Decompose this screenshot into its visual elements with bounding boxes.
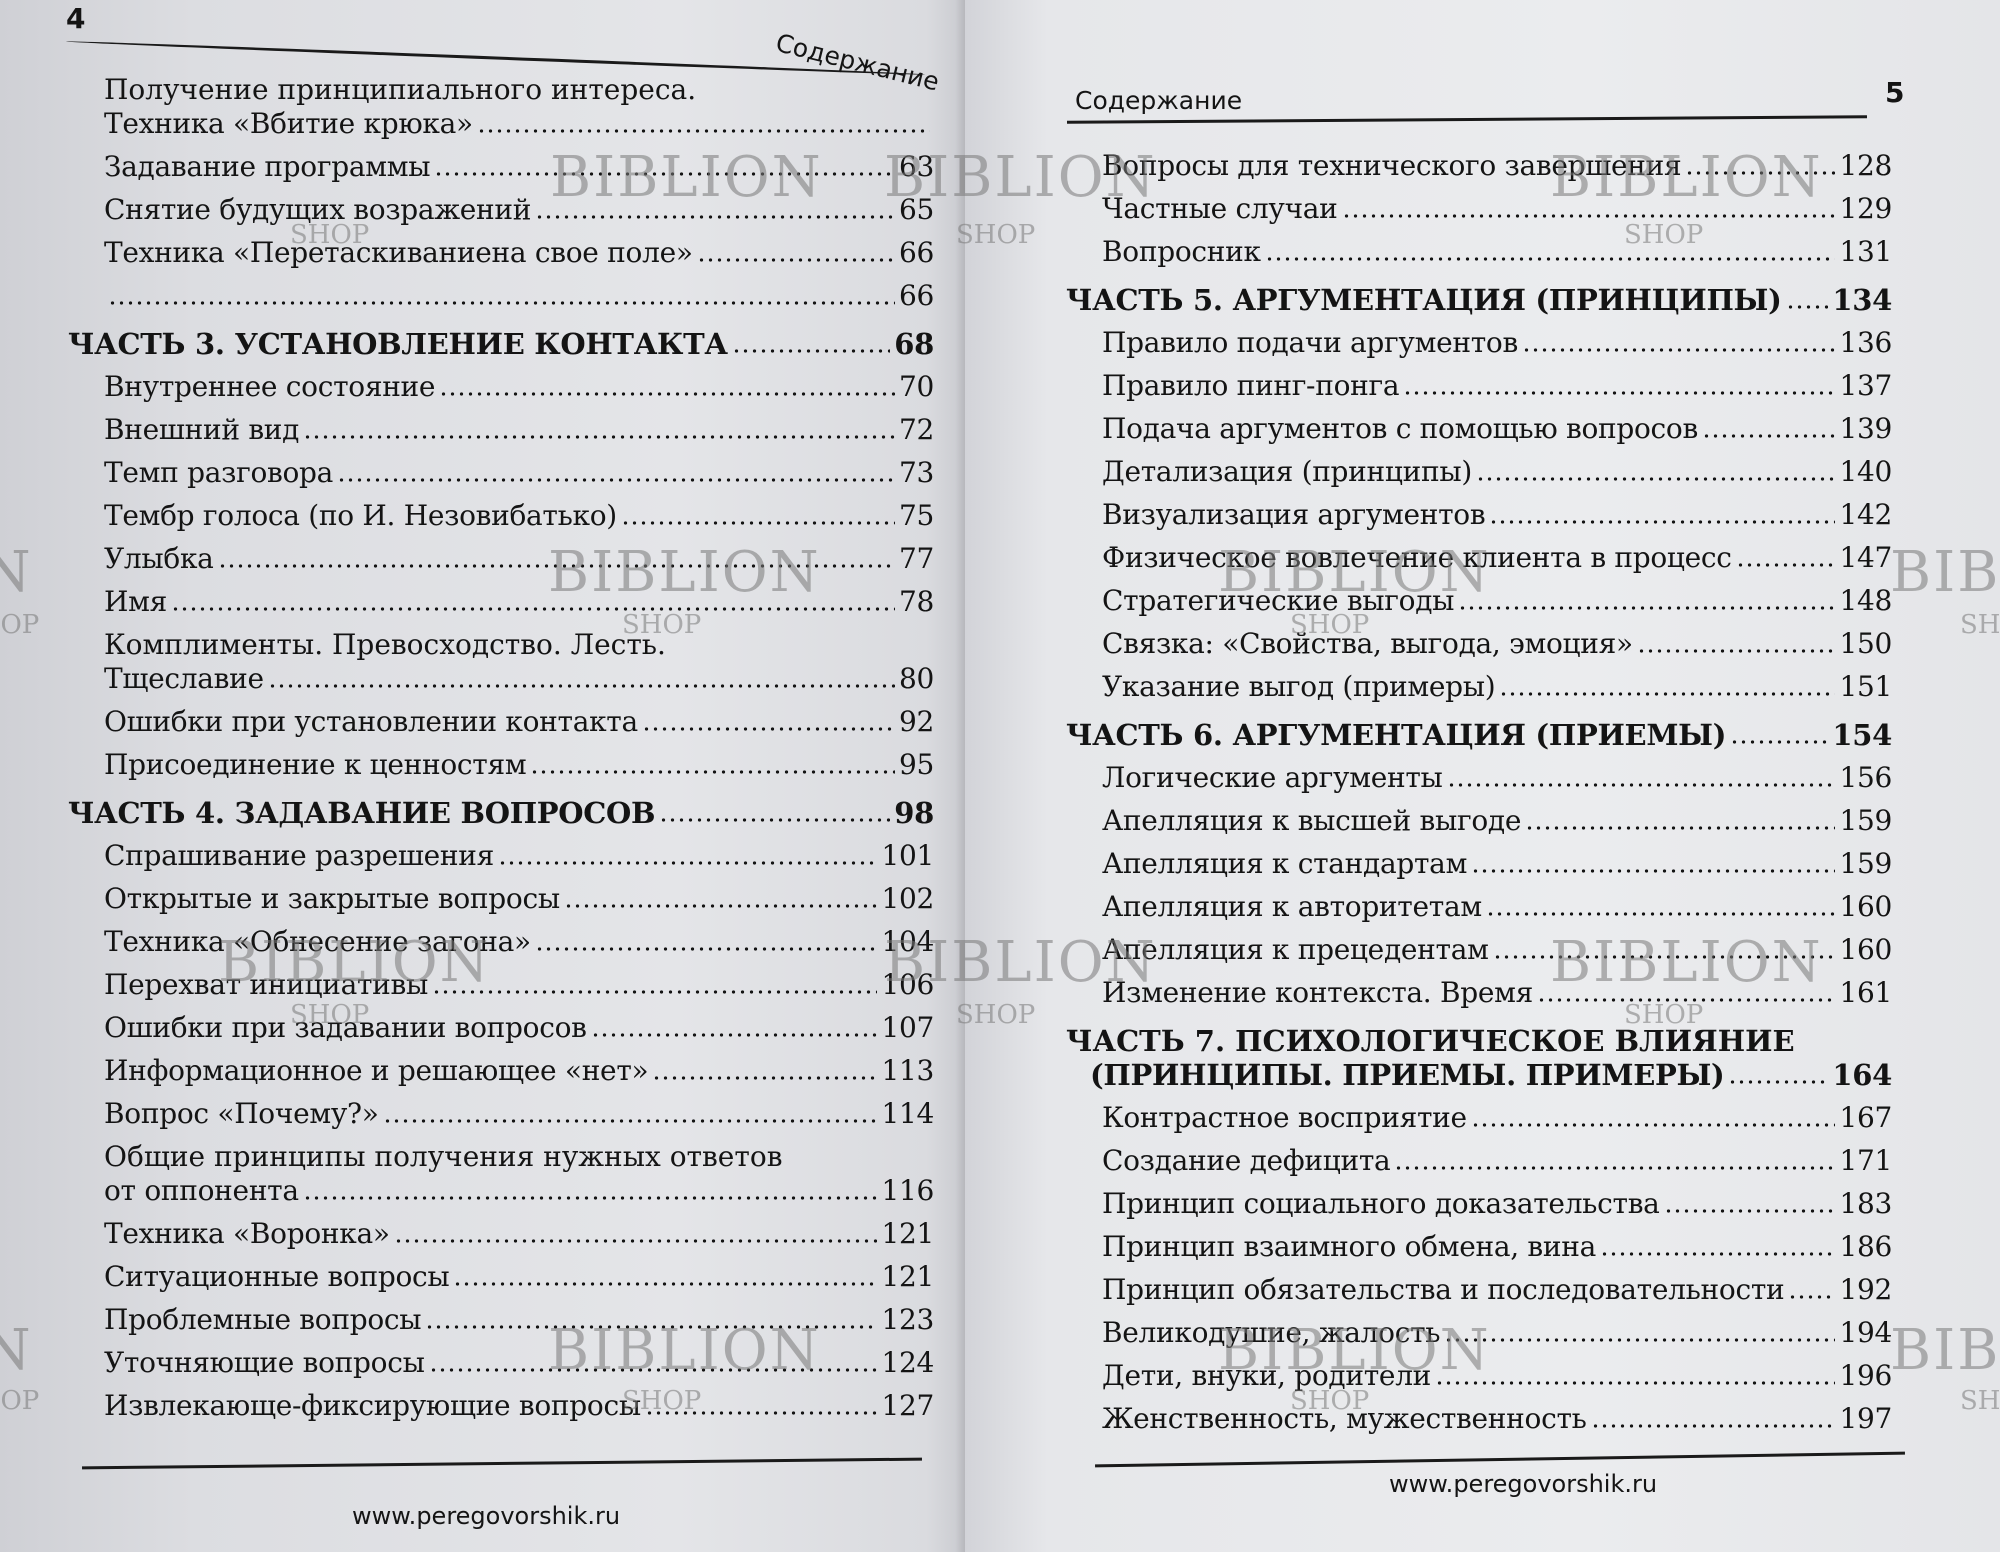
toc-entry: Указание выгод (примеры)151 <box>1102 670 1892 704</box>
toc-part-heading: ЧАСТЬ 5. АРГУМЕНТАЦИЯ (ПРИНЦИПЫ)134 <box>1102 283 1892 317</box>
dot-leader <box>1476 477 1836 481</box>
toc-entry-title: Логические аргументы <box>1102 761 1443 795</box>
toc-entry-title: Апелляция к стандартам <box>1102 847 1467 881</box>
toc-entry: Великодушие, жалость194 <box>1102 1316 1892 1350</box>
dot-leader <box>535 215 895 219</box>
toc-entry-title: (ПРИНЦИПЫ. ПРИЕМЫ. ПРИМЕРЫ) <box>1090 1058 1724 1092</box>
toc-entry: Уточняющие вопросы124 <box>104 1346 934 1380</box>
dot-leader <box>498 861 877 865</box>
toc-entry-page: 102 <box>881 882 934 916</box>
toc-entry-page: 196 <box>1839 1359 1892 1393</box>
dot-leader <box>1591 1424 1836 1428</box>
toc-entry: Физическое вовлечение клиента в процесс1… <box>1102 541 1892 575</box>
toc-entry-page: 98 <box>894 796 934 830</box>
toc-entry-title: Апелляция к авторитетам <box>1102 890 1482 924</box>
toc-entry: Извлекающе-фиксирующие вопросы127 <box>104 1389 934 1423</box>
dot-leader <box>1486 912 1836 916</box>
footer-url: www.peregovorshik.ru <box>1389 1470 1657 1498</box>
dot-leader <box>1702 434 1835 438</box>
page-number: 5 <box>1885 76 1904 109</box>
toc-entry-page: 106 <box>881 968 934 1002</box>
toc-entry-page: 147 <box>1839 541 1892 575</box>
dot-leader <box>1685 171 1835 175</box>
toc-entry-title: Ситуационные вопросы <box>104 1260 449 1294</box>
toc-entry-title: ЧАСТЬ 4. ЗАДАВАНИЕ ВОПРОСОВ <box>68 796 655 830</box>
toc-entry-title: Апелляция к высшей выгоде <box>1102 804 1521 838</box>
toc-list: Вопросы для технического завершения128Ча… <box>1102 140 1892 1436</box>
toc-entry-title: Проблемные вопросы <box>104 1303 421 1337</box>
toc-entry: Апелляция к высшей выгоде159 <box>1102 804 1892 838</box>
toc-entry-page: 140 <box>1839 455 1892 489</box>
toc-entry-page: 80 <box>899 662 934 696</box>
dot-leader <box>453 1282 877 1286</box>
toc-entry: Спрашивание разрешения101 <box>104 839 934 873</box>
toc-entry-page: 192 <box>1839 1273 1892 1307</box>
toc-entry-title-line: Получение принципиального интереса. <box>104 73 934 107</box>
dot-leader <box>1435 1381 1835 1385</box>
toc-entry-page: 123 <box>881 1303 934 1337</box>
toc-entry: Логические аргументы156 <box>1102 761 1892 795</box>
dot-leader <box>530 770 895 774</box>
toc-entry: Общие принципы получения нужных ответово… <box>104 1140 934 1208</box>
toc-entry: Тембр голоса (по И. Незовибатько)75 <box>104 499 934 533</box>
toc-entry: Темп разговора73 <box>104 456 934 490</box>
toc-entry-title: Вопросник <box>1102 235 1261 269</box>
dot-leader <box>429 1368 878 1372</box>
toc-entry: Внутреннее состояние70 <box>104 370 934 404</box>
toc-entry-page: 72 <box>899 413 934 447</box>
toc-entry-page: 197 <box>1839 1402 1892 1436</box>
dot-leader <box>659 818 890 822</box>
toc-entry-page: 159 <box>1839 847 1892 881</box>
toc-entry-page: 151 <box>1839 670 1892 704</box>
toc-entry-title: Создание дефицита <box>1102 1144 1390 1178</box>
toc-entry-page: 65 <box>899 193 934 227</box>
toc-entry: Вопросы для технического завершения128 <box>1102 149 1892 183</box>
toc-entry: Апелляция к прецедентам160 <box>1102 933 1892 967</box>
toc-entry-title: Техника «Перетаскиваниена свое поле» <box>104 236 693 270</box>
dot-leader <box>1522 348 1836 352</box>
dot-leader <box>1664 1209 1836 1213</box>
toc-entry-page: 128 <box>1839 149 1892 183</box>
toc-entry-page: 131 <box>1839 235 1892 269</box>
dot-leader <box>1265 257 1836 261</box>
toc-entry-title: Визуализация аргументов <box>1102 498 1485 532</box>
right-page: Содержание 5 Вопросы для технического за… <box>965 0 2000 1552</box>
toc-entry: Дети, внуки, родители196 <box>1102 1359 1892 1393</box>
toc-entry: Техника «Воронка»121 <box>104 1217 934 1251</box>
dot-leader <box>303 1196 878 1200</box>
dot-leader <box>1444 1338 1835 1342</box>
toc-entry: Техника «Перетаскиваниена свое поле»66 <box>104 236 934 270</box>
toc-entry-page: 148 <box>1839 584 1892 618</box>
toc-entry: Открытые и закрытые вопросы102 <box>104 882 934 916</box>
toc-entry: Получение принципиального интереса.Техни… <box>104 73 934 141</box>
toc-entry-page: 104 <box>881 925 934 959</box>
dot-leader <box>1788 1295 1835 1299</box>
toc-entry-title: Частные случаи <box>1102 192 1338 226</box>
toc-entry-page: 194 <box>1839 1316 1892 1350</box>
toc-entry-title-line: Комплименты. Превосходство. Лесть. <box>104 628 934 662</box>
toc-entry: Ошибки при задавании вопросов107 <box>104 1011 934 1045</box>
toc-entry-title: Задавание программы <box>104 150 430 184</box>
footer-rule <box>1095 1452 1905 1468</box>
toc-entry-page: 164 <box>1832 1058 1892 1092</box>
toc-entry-title: Связка: «Свойства, выгода, эмоция» <box>1102 627 1633 661</box>
toc-entry: Ошибки при установлении контакта92 <box>104 705 934 739</box>
toc-entry-page: 142 <box>1839 498 1892 532</box>
toc-entry-title: Правило пинг-понга <box>1102 369 1399 403</box>
toc-entry-title: Внутреннее состояние <box>104 370 435 404</box>
dot-leader <box>1637 649 1836 653</box>
toc-list: Получение принципиального интереса.Техни… <box>104 64 934 1423</box>
toc-part-heading: ЧАСТЬ 6. АРГУМЕНТАЦИЯ (ПРИЕМЫ)154 <box>1102 718 1892 752</box>
toc-entry-page: 159 <box>1839 804 1892 838</box>
toc-entry-page: 92 <box>899 705 934 739</box>
dot-leader <box>1471 869 1835 873</box>
toc-entry-page: 66 <box>899 279 934 313</box>
toc-entry-title: Темп разговора <box>104 456 333 490</box>
toc-entry-page: 139 <box>1839 412 1892 446</box>
toc-entry-title: Снятие будущих возражений <box>104 193 531 227</box>
toc-entry-page: 70 <box>899 370 934 404</box>
dot-leader <box>1458 606 1835 610</box>
toc-entry-title: Принцип обязательства и последовательнос… <box>1102 1273 1784 1307</box>
toc-entry-title: Дети, внуки, родители <box>1102 1359 1431 1393</box>
toc-entry-title: Улыбка <box>104 542 214 576</box>
toc-entry: Связка: «Свойства, выгода, эмоция»150 <box>1102 627 1892 661</box>
dot-leader <box>591 1033 878 1037</box>
toc-entry: Улыбка77 <box>104 542 934 576</box>
toc-entry-page: 66 <box>899 236 934 270</box>
toc-entry: Снятие будущих возражений65 <box>104 193 934 227</box>
toc-entry-title: Имя <box>104 585 167 619</box>
footer-rule <box>82 1458 922 1470</box>
toc-entry: Присоединение к ценностям95 <box>104 748 934 782</box>
toc-entry: Проблемные вопросы123 <box>104 1303 934 1337</box>
dot-leader <box>1525 826 1835 830</box>
toc-entry-page: 114 <box>881 1097 934 1131</box>
dot-leader <box>1403 391 1835 395</box>
toc-entry-page: 150 <box>1839 627 1892 661</box>
dot-leader <box>1342 214 1836 218</box>
dot-leader <box>564 904 878 908</box>
toc-entry-title: Женственность, мужественность <box>1102 1402 1587 1436</box>
dot-leader <box>697 258 895 262</box>
dot-leader <box>535 947 878 951</box>
toc-entry-page: 136 <box>1839 326 1892 360</box>
toc-entry-page: 73 <box>899 456 934 490</box>
toc-entry: Комплименты. Превосходство. Лесть.Тщесла… <box>104 628 934 696</box>
dot-leader <box>1786 305 1829 309</box>
dot-leader <box>1537 998 1835 1002</box>
toc-part-heading: ЧАСТЬ 3. УСТАНОВЛЕНИЕ КОНТАКТА68 <box>104 327 934 361</box>
toc-entry-page: 78 <box>899 585 934 619</box>
dot-leader <box>337 478 895 482</box>
toc-entry: Изменение контекста. Время161 <box>1102 976 1892 1010</box>
toc-entry-page: 154 <box>1832 718 1892 752</box>
toc-entry-title: ЧАСТЬ 5. АРГУМЕНТАЦИЯ (ПРИНЦИПЫ) <box>1066 283 1782 317</box>
left-page: 4 Содержание Получение принципиального и… <box>0 0 965 1552</box>
toc-entry: Задавание программы63 <box>104 150 934 184</box>
toc-entry-title: Вопросы для технического завершения <box>1102 149 1681 183</box>
dot-leader <box>108 301 895 305</box>
toc-entry-page: 183 <box>1839 1187 1892 1221</box>
toc-entry-title: Детализация (принципы) <box>1102 455 1472 489</box>
toc-entry-title: от оппонента <box>104 1174 299 1208</box>
toc-entry-page: 171 <box>1839 1144 1892 1178</box>
toc-entry-title: Физическое вовлечение клиента в процесс <box>1102 541 1732 575</box>
toc-entry-page: 121 <box>881 1217 934 1251</box>
toc-entry-page: 134 <box>1832 283 1892 317</box>
toc-entry-title: Тщеславие <box>104 662 264 696</box>
toc-entry-page: 160 <box>1839 890 1892 924</box>
toc-entry: Подача аргументов с помощью вопросов139 <box>1102 412 1892 446</box>
toc-entry-title: Информационное и решающее «нет» <box>104 1054 648 1088</box>
toc-part-heading: ЧАСТЬ 7. ПСИХОЛОГИЧЕСКОЕ ВЛИЯНИЕ(ПРИНЦИП… <box>1102 1024 1892 1092</box>
toc-entry: Вопрос «Почему?»114 <box>104 1097 934 1131</box>
toc-entry-title: ЧАСТЬ 3. УСТАНОВЛЕНИЕ КОНТАКТА <box>68 327 728 361</box>
toc-entry-page: 63 <box>899 150 934 184</box>
toc-entry: Техника «Обнесение загона»104 <box>104 925 934 959</box>
dot-leader <box>1499 692 1835 696</box>
toc-entry: Детализация (принципы)140 <box>1102 455 1892 489</box>
footer-url: www.peregovorshik.ru <box>352 1502 620 1530</box>
toc-entry-page: 137 <box>1839 369 1892 403</box>
toc-entry-title: Ошибки при задавании вопросов <box>104 1011 587 1045</box>
dot-leader <box>394 1239 878 1243</box>
toc-entry: Правило пинг-понга137 <box>1102 369 1892 403</box>
toc-entry-title: Ошибки при установлении контакта <box>104 705 638 739</box>
toc-entry-title: Правило подачи аргументов <box>1102 326 1518 360</box>
toc-entry-page: 77 <box>899 542 934 576</box>
toc-entry-page: 121 <box>881 1260 934 1294</box>
toc-entry-title: Стратегические выгоды <box>1102 584 1454 618</box>
dot-leader <box>268 684 895 688</box>
dot-leader <box>432 990 877 994</box>
dot-leader <box>1447 783 1836 787</box>
toc-entry-title: Контрастное восприятие <box>1102 1101 1467 1135</box>
toc-entry-title: Великодушие, жалость <box>1102 1316 1440 1350</box>
toc-entry-title: Перехват инициативы <box>104 968 428 1002</box>
dot-leader <box>645 1411 878 1415</box>
dot-leader <box>171 607 895 611</box>
toc-entry-page: 101 <box>881 839 934 873</box>
toc-entry-page: 113 <box>881 1054 934 1088</box>
toc-entry-page: 129 <box>1839 192 1892 226</box>
page-number: 4 <box>66 2 85 35</box>
dot-leader <box>434 172 895 176</box>
dot-leader <box>477 129 930 133</box>
toc-entry-title: Апелляция к прецедентам <box>1102 933 1489 967</box>
toc-entry-title-line: Общие принципы получения нужных ответов <box>104 1140 934 1174</box>
toc-entry: Перехват инициативы106 <box>104 968 934 1002</box>
toc-entry-title: Указание выгод (примеры) <box>1102 670 1495 704</box>
toc-entry-page: 68 <box>894 327 934 361</box>
toc-entry-page: 127 <box>881 1389 934 1423</box>
toc-entry: Создание дефицита171 <box>1102 1144 1892 1178</box>
toc-entry-title: Вопрос «Почему?» <box>104 1097 379 1131</box>
toc-entry-page: 107 <box>881 1011 934 1045</box>
toc-entry: Правило подачи аргументов136 <box>1102 326 1892 360</box>
toc-entry-title: Присоединение к ценностям <box>104 748 526 782</box>
toc-entry: Частные случаи129 <box>1102 192 1892 226</box>
toc-entry-page: 160 <box>1839 933 1892 967</box>
dot-leader <box>621 521 895 525</box>
toc-entry-title-line: ЧАСТЬ 7. ПСИХОЛОГИЧЕСКОЕ ВЛИЯНИЕ <box>1066 1024 1892 1058</box>
toc-entry: Женственность, мужественность197 <box>1102 1402 1892 1436</box>
toc-entry-page: 161 <box>1839 976 1892 1010</box>
toc-entry-title: Внешний вид <box>104 413 299 447</box>
dot-leader <box>1394 1166 1835 1170</box>
toc-entry-page: 156 <box>1839 761 1892 795</box>
toc-entry-title: Техника «Воронка» <box>104 1217 390 1251</box>
toc-entry: 66 <box>104 279 934 313</box>
toc-entry-title: Открытые и закрытые вопросы <box>104 882 560 916</box>
running-head: Содержание <box>1075 86 1242 115</box>
toc-entry-title: Принцип социального доказательства <box>1102 1187 1660 1221</box>
toc-entry: Апелляция к стандартам159 <box>1102 847 1892 881</box>
dot-leader <box>1736 563 1836 567</box>
dot-leader <box>732 349 891 353</box>
toc-entry: Контрастное восприятие167 <box>1102 1101 1892 1135</box>
toc-entry-page: 124 <box>881 1346 934 1380</box>
toc-entry: Стратегические выгоды148 <box>1102 584 1892 618</box>
dot-leader <box>1728 1080 1828 1084</box>
toc-entry-title: Изменение контекста. Время <box>1102 976 1533 1010</box>
dot-leader <box>1600 1252 1835 1256</box>
dot-leader <box>1730 740 1828 744</box>
dot-leader <box>1493 955 1836 959</box>
toc-entry-page: 116 <box>881 1174 934 1208</box>
toc-entry: Принцип обязательства и последовательнос… <box>1102 1273 1892 1307</box>
toc-entry-title: Принцип взаимного обмена, вина <box>1102 1230 1596 1264</box>
toc-entry-title: Тембр голоса (по И. Незовибатько) <box>104 499 617 533</box>
toc-entry: Вопросник131 <box>1102 235 1892 269</box>
toc-entry-title: Извлекающе-фиксирующие вопросы <box>104 1389 641 1423</box>
header-rule <box>1067 115 1867 124</box>
dot-leader <box>218 564 895 568</box>
toc-entry-title: Подача аргументов с помощью вопросов <box>1102 412 1698 446</box>
toc-entry-page: 95 <box>899 748 934 782</box>
toc-entry-page: 186 <box>1839 1230 1892 1264</box>
toc-entry-title: Уточняющие вопросы <box>104 1346 425 1380</box>
toc-entry-page: 75 <box>899 499 934 533</box>
dot-leader <box>439 392 895 396</box>
toc-entry: Внешний вид72 <box>104 413 934 447</box>
toc-entry: Имя78 <box>104 585 934 619</box>
toc-entry-page: 167 <box>1839 1101 1892 1135</box>
toc-entry: Принцип социального доказательства183 <box>1102 1187 1892 1221</box>
toc-entry-title: ЧАСТЬ 6. АРГУМЕНТАЦИЯ (ПРИЕМЫ) <box>1066 718 1726 752</box>
dot-leader <box>425 1325 877 1329</box>
dot-leader <box>1471 1123 1836 1127</box>
toc-entry-title: Спрашивание разрешения <box>104 839 494 873</box>
dot-leader <box>303 435 895 439</box>
dot-leader <box>652 1076 877 1080</box>
toc-entry: Ситуационные вопросы121 <box>104 1260 934 1294</box>
toc-entry: Визуализация аргументов142 <box>1102 498 1892 532</box>
toc-entry: Принцип взаимного обмена, вина186 <box>1102 1230 1892 1264</box>
toc-entry: Информационное и решающее «нет»113 <box>104 1054 934 1088</box>
dot-leader <box>1489 520 1835 524</box>
toc-entry: Апелляция к авторитетам160 <box>1102 890 1892 924</box>
toc-part-heading: ЧАСТЬ 4. ЗАДАВАНИЕ ВОПРОСОВ98 <box>104 796 934 830</box>
toc-entry-title: Техника «Обнесение загона» <box>104 925 531 959</box>
toc-entry-title: Техника «Вбитие крюка» <box>104 107 473 141</box>
dot-leader <box>383 1119 878 1123</box>
dot-leader <box>642 727 895 731</box>
